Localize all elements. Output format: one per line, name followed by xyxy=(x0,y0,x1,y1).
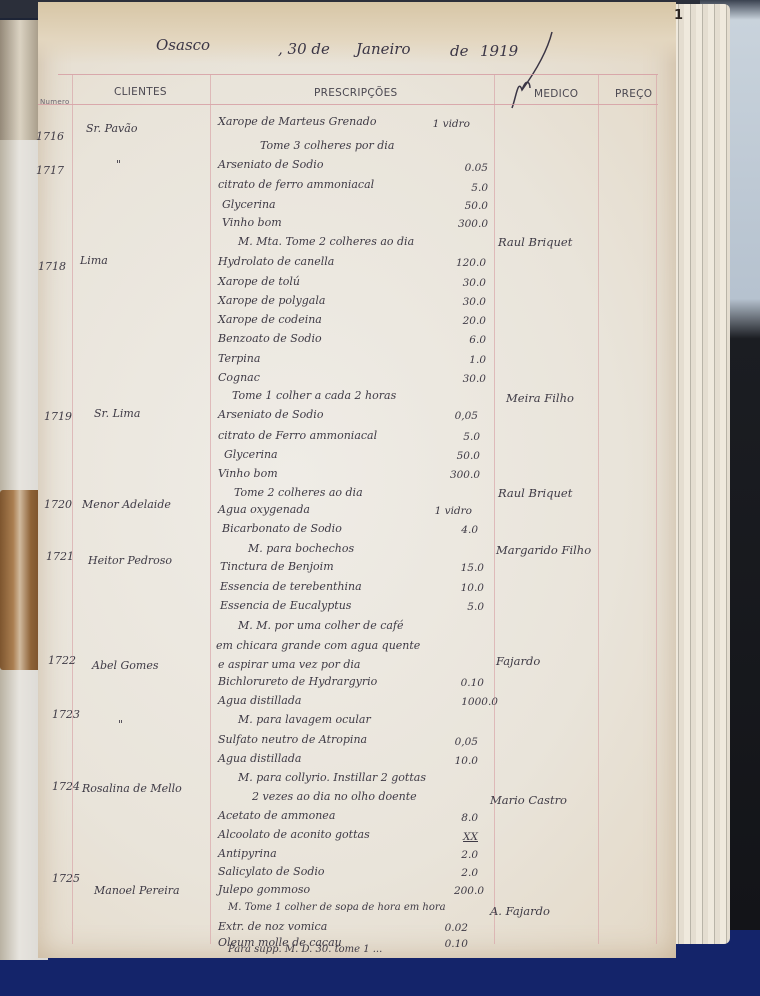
prescription-line: Xarope de Marteus Grenado xyxy=(218,115,376,128)
prescription-qty: 120.0 xyxy=(436,257,486,269)
prescription-qty: 5.0 xyxy=(438,182,488,194)
date-day: , 30 de xyxy=(278,40,330,58)
prescription-line: Bicarbonato de Sodio xyxy=(222,522,342,535)
prescription-instruction: M. para bochechos xyxy=(248,542,354,555)
prescription-qty: 2.0 xyxy=(428,849,478,861)
prescription-qty: 20.0 xyxy=(436,315,486,327)
prescription-line: Antipyrina xyxy=(218,847,277,860)
prescription-line: citrato de ferro ammoniacal xyxy=(218,178,374,191)
column-header-doctor: MEDICO xyxy=(534,88,578,100)
prescription-qty: 8.0 xyxy=(428,812,478,824)
date-month: Janeiro xyxy=(356,40,411,58)
prescription-instruction: M. M. por uma colher de café xyxy=(238,619,404,632)
entry-number: 1717 xyxy=(36,164,64,177)
entry-number: 1723 xyxy=(52,708,80,721)
prescription-line: Alcoolato de aconito gottas xyxy=(218,828,370,841)
entry-number: 1718 xyxy=(38,260,66,273)
entry-client: Lima xyxy=(80,254,108,267)
entry-client: Heitor Pedroso xyxy=(88,554,172,567)
prescription-line: Essencia de Eucalyptus xyxy=(220,599,351,612)
prescription-line: Glycerina xyxy=(224,448,278,461)
prescription-line: Glycerina xyxy=(222,198,276,211)
prescription-line: Extr. de noz vomica xyxy=(218,920,327,933)
prescription-line: Essencia de terebenthina xyxy=(220,580,362,593)
prescription-line: Acetato de ammonea xyxy=(218,809,335,822)
prescription-qty: 1.0 xyxy=(436,354,486,366)
doctor-name: Raul Briquet xyxy=(498,235,572,249)
prescription-qty: 10.0 xyxy=(434,582,484,594)
prescription-qty: 50.0 xyxy=(430,450,480,462)
prescription-line: Sulfato neutro de Atropina xyxy=(218,733,367,746)
prescription-qty: 0.05 xyxy=(438,162,488,174)
entry-number: 1725 xyxy=(52,872,80,885)
prescription-qty: 1 vidro xyxy=(422,505,472,517)
prescription-line: Agua distillada xyxy=(218,752,301,765)
prescription-line: Hydrolato de canella xyxy=(218,255,334,268)
entry-client: Abel Gomes xyxy=(92,659,159,672)
prescription-line: Agua distillada xyxy=(218,694,301,707)
prescription-qty: 0.02 xyxy=(418,922,468,934)
doctor-name: Mario Castro xyxy=(490,793,567,807)
prescription-line: Benzoato de Sodio xyxy=(218,332,322,345)
prescription-qty: 5.0 xyxy=(430,431,480,443)
prescription-line: citrato de Ferro ammoniacal xyxy=(218,429,377,442)
prescription-instruction: Tome 3 colheres por dia xyxy=(260,139,394,152)
prescription-qty: 50.0 xyxy=(438,200,488,212)
prescription-qty: 30.0 xyxy=(436,373,486,385)
prescription-line: Agua oxygenada xyxy=(218,503,310,516)
prescription-instruction: Para supp. M. D. 30. tome 1 ... xyxy=(228,944,382,955)
prescription-line: Tinctura de Benjoim xyxy=(220,560,334,573)
prescription-line: Cognac xyxy=(218,371,260,384)
prescription-instruction: Tome 1 colher a cada 2 horas xyxy=(232,389,396,402)
entry-client: " xyxy=(118,718,123,731)
column-rule-prescriptions xyxy=(494,74,495,944)
column-header-price: PREÇO xyxy=(615,88,652,100)
prescription-instruction: 2 vezes ao dia no olho doente xyxy=(252,790,417,803)
prescription-qty: 30.0 xyxy=(436,277,486,289)
place-name: Osasco xyxy=(156,36,210,54)
prescription-line: Xarope de tolú xyxy=(218,275,300,288)
entry-number: 1719 xyxy=(44,410,72,423)
entry-number: 1720 xyxy=(44,498,72,511)
prescription-line: Vinho bom xyxy=(218,467,278,480)
page-number: 1 xyxy=(674,8,683,23)
entry-client: " xyxy=(116,158,121,171)
entry-client: Rosalina de Mello xyxy=(82,782,182,795)
column-header-prescriptions: PRESCRIPÇÕES xyxy=(314,87,397,99)
prescription-line: Xarope de codeina xyxy=(218,313,322,326)
prescription-instruction: M. Tome 1 colher de sopa de hora em hora xyxy=(228,902,446,913)
entry-client: Manoel Pereira xyxy=(94,884,180,897)
prescription-qty: 5.0 xyxy=(434,601,484,613)
doctor-name: A. Fajardo xyxy=(490,904,550,918)
prescription-qty: 30.0 xyxy=(436,296,486,308)
prescription-qty: 1000.0 xyxy=(448,696,498,708)
prescription-instruction: em chicara grande com agua quente xyxy=(216,639,420,652)
prescription-instruction: M. Mta. Tome 2 colheres ao dia xyxy=(238,235,414,248)
prescription-instruction: M. para lavagem ocular xyxy=(238,713,371,726)
prescription-qty: 15.0 xyxy=(434,562,484,574)
ledger-page: 1 Osasco , 30 de Janeiro de 1919 Numero … xyxy=(38,2,676,958)
column-header-number: Numero xyxy=(40,98,70,106)
prescription-line: Terpina xyxy=(218,352,260,365)
prescription-line: Vinho bom xyxy=(222,216,282,229)
prescription-line: Xarope de polygala xyxy=(218,294,325,307)
prescription-qty: 1 vidro xyxy=(420,118,470,130)
header-rule-top xyxy=(58,74,658,75)
prescription-qty: 0,05 xyxy=(428,736,478,748)
entry-number: 1724 xyxy=(52,780,80,793)
prescription-qty: 2.0 xyxy=(428,867,478,879)
prescription-qty: 200.0 xyxy=(434,885,484,897)
prescription-instruction: Tome 2 colheres ao dia xyxy=(234,486,363,499)
entry-client: Sr. Lima xyxy=(94,407,140,420)
prescription-qty: 6.0 xyxy=(436,334,486,346)
prescription-line: Bichlorureto de Hydrargyrio xyxy=(218,675,377,688)
doctor-name: Meira Filho xyxy=(506,391,574,405)
doctor-name: Fajardo xyxy=(496,654,540,668)
entry-number: 1721 xyxy=(46,550,74,563)
prescription-line: Arseniato de Sodio xyxy=(218,408,323,421)
prescription-qty: 0.10 xyxy=(434,677,484,689)
column-rule-price xyxy=(656,74,657,944)
prescription-qty: 0.10 xyxy=(418,938,468,950)
entry-client: Menor Adelaide xyxy=(82,498,171,511)
entry-number: 1716 xyxy=(36,130,64,143)
entry-client: Sr. Pavão xyxy=(86,122,137,135)
date-year-prefix: de xyxy=(450,42,468,60)
prescription-qty: XX xyxy=(428,831,478,843)
prescription-instruction: M. para collyrio. Instillar 2 gottas xyxy=(238,771,426,784)
prescription-instruction: e aspirar uma vez por dia xyxy=(218,658,360,671)
column-rule-clients xyxy=(210,74,211,944)
prescription-qty: 10.0 xyxy=(428,755,478,767)
prescription-qty: 4.0 xyxy=(428,524,478,536)
column-rule-doctor xyxy=(598,74,599,944)
doctor-name: Raul Briquet xyxy=(498,486,572,500)
prescription-line: Salicylato de Sodio xyxy=(218,865,325,878)
prescription-line: Arseniato de Sodio xyxy=(218,158,323,171)
column-rule-number xyxy=(72,74,73,944)
prescription-line: Julepo gommoso xyxy=(218,883,310,896)
repair-tape-top xyxy=(0,20,40,140)
header-rule-bottom xyxy=(38,104,658,105)
entry-number: 1722 xyxy=(48,654,76,667)
prescription-qty: 300.0 xyxy=(438,218,488,230)
prescription-qty: 300.0 xyxy=(430,469,480,481)
doctor-name: Margarido Filho xyxy=(496,543,591,557)
prescription-qty: 0,05 xyxy=(428,410,478,422)
column-header-clients: CLIENTES xyxy=(114,86,167,98)
